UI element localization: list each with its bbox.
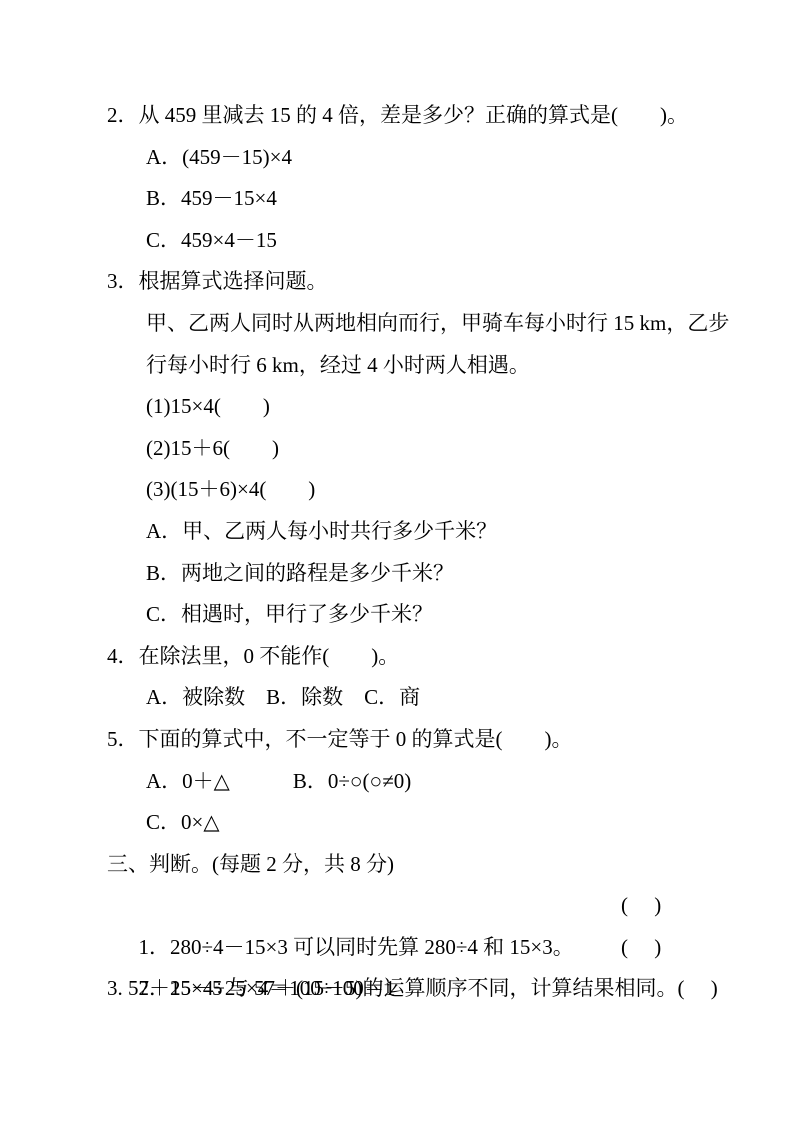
q2-stem: 2．从 459 里减去 15 的 4 倍，差是多少？正确的算式是( )。	[0, 95, 793, 137]
q5-stem: 5．下面的算式中，不一定等于 0 的算式是( )。	[0, 719, 793, 761]
q2-option-a: A．(459－15)×4	[0, 137, 793, 179]
q5-option-c: C．0×△	[0, 802, 793, 844]
judge-item-1-blank: ( )	[621, 885, 661, 927]
q3-sub-1: (1)15×4( )	[0, 386, 793, 428]
q3-intro-line-2: 行每小时行 6 km，经过 4 小时两人相遇。	[0, 345, 793, 387]
q3-intro-line-1: 甲、乙两人同时从两地相向而行，甲骑车每小时行 15 km，乙步	[0, 303, 793, 345]
worksheet-body: 2．从 459 里减去 15 的 4 倍，差是多少？正确的算式是( )。 A．(…	[0, 95, 793, 1010]
q3-sub-2: (2)15＋6( )	[0, 428, 793, 470]
q3-option-c: C．相遇时，甲行了多少千米？	[0, 594, 793, 636]
q3-option-b: B．两地之间的路程是多少千米？	[0, 553, 793, 595]
section-judge-heading: 三、判断。(每题 2 分，共 8 分)	[0, 844, 793, 886]
judge-item-2-blank: ( )	[621, 927, 661, 969]
judge-item-2-text: 2．25×4÷25×4＝100÷100＝1	[139, 976, 396, 1000]
worksheet-page: 2．从 459 里减去 15 的 4 倍，差是多少？正确的算式是( )。 A．(…	[0, 0, 793, 1122]
judge-item-1: 1．280÷4－15×3 可以同时先算 280÷4 和 15×3。 ( )	[0, 885, 793, 927]
q4-options: A．被除数 B．除数 C．商	[0, 677, 793, 719]
q2-option-b: B．459－15×4	[0, 178, 793, 220]
q5-options-ab: A．0＋△ B．0÷○(○≠0)	[0, 761, 793, 803]
q3-option-a: A．甲、乙两人每小时共行多少千米？	[0, 511, 793, 553]
q3-stem: 3．根据算式选择问题。	[0, 261, 793, 303]
q2-option-c: C．459×4－15	[0, 220, 793, 262]
q3-sub-3: (3)(15＋6)×4( )	[0, 469, 793, 511]
q4-stem: 4．在除法里，0 不能作( )。	[0, 636, 793, 678]
judge-item-2: 2．25×4÷25×4＝100÷100＝1 ( )	[0, 927, 793, 969]
